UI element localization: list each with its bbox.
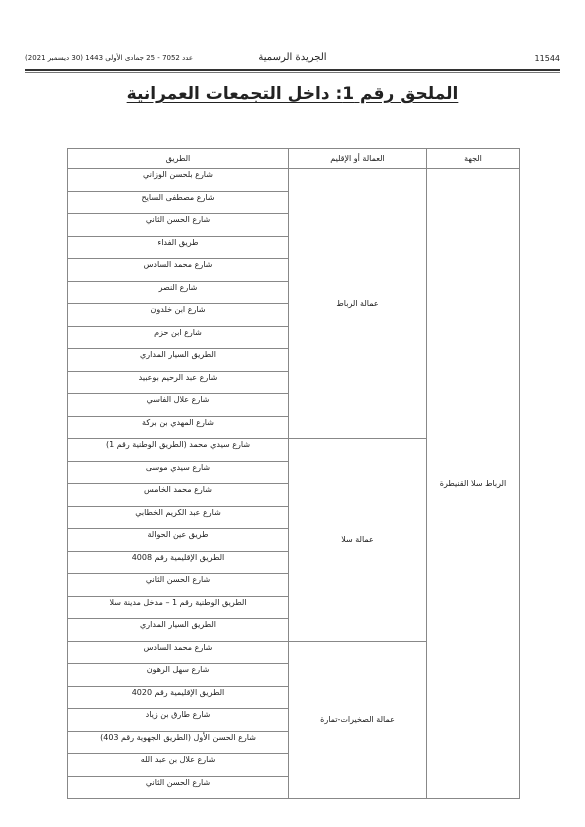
road-cell: شارع الحسن الثاني [68, 214, 289, 237]
annex-table: الجهة العمالة أو الإقليم الطريق الرباط س… [67, 148, 520, 799]
document-title: الملحق رقم 1: داخل التجمعات العمرانية [0, 84, 585, 104]
road-cell: شارع الحسن الثاني [68, 574, 289, 597]
road-cell: شارع النصر [68, 281, 289, 304]
prefecture-cell: عمالة سلا [289, 439, 427, 642]
road-cell: شارع ابن حزم [68, 326, 289, 349]
header-divider-thin [25, 72, 560, 73]
table-header-row: الجهة العمالة أو الإقليم الطريق [68, 149, 520, 169]
table-row: الرباط سلا القنيطرةعمالة الرباطشارع بلحس… [68, 169, 520, 192]
road-cell: شارع علال الفاسي [68, 394, 289, 417]
road-cell: شارع ابن خلدون [68, 304, 289, 327]
column-header-region: الجهة [427, 149, 520, 169]
prefecture-cell: عمالة الرباط [289, 169, 427, 439]
prefecture-cell: عمالة الصخيرات-تمارة [289, 641, 427, 799]
road-cell: شارع محمد السادس [68, 641, 289, 664]
road-cell: شارع الحسن الأول (الطريق الجهوية رقم 403… [68, 731, 289, 754]
road-cell: شارع بلحسن الوزاني [68, 169, 289, 192]
column-header-road: الطريق [68, 149, 289, 169]
road-cell: شارع محمد الخامس [68, 484, 289, 507]
road-cell: شارع سهل الرهون [68, 664, 289, 687]
road-cell: الطريق الإقليمية رقم 4008 [68, 551, 289, 574]
road-cell: شارع المهدي بن بركة [68, 416, 289, 439]
road-cell: طريق الفداء [68, 236, 289, 259]
region-cell: الرباط سلا القنيطرة [427, 169, 520, 799]
road-cell: شارع عبد الرحيم بوعبيد [68, 371, 289, 394]
road-cell: الطريق السيار المداري [68, 619, 289, 642]
road-cell: الطريق السيار المداري [68, 349, 289, 372]
road-cell: الطريق الإقليمية رقم 4020 [68, 686, 289, 709]
road-cell: شارع مصطفى السايح [68, 191, 289, 214]
road-cell: شارع الحسن الثاني [68, 776, 289, 799]
road-cell: شارع عبد الكريم الخطابي [68, 506, 289, 529]
road-cell: شارع سيدي محمد (الطريق الوطنية رقم 1) [68, 439, 289, 462]
road-cell: شارع سيدي موسى [68, 461, 289, 484]
road-cell: طريق عين الحوالة [68, 529, 289, 552]
road-cell: شارع محمد السادس [68, 259, 289, 282]
road-cell: الطريق الوطنية رقم 1 – مدخل مدينة سلا [68, 596, 289, 619]
column-header-prefecture: العمالة أو الإقليم [289, 149, 427, 169]
road-cell: شارع طارق بن زياد [68, 709, 289, 732]
issue-info: عدد 7052 - 25 جمادى الأولى 1443 (30 ديسم… [25, 54, 193, 62]
road-cell: شارع علال بن عبد الله [68, 754, 289, 777]
page-header: 11544 الجريدة الرسمية عدد 7052 - 25 جماد… [25, 52, 560, 68]
header-divider [25, 69, 560, 71]
